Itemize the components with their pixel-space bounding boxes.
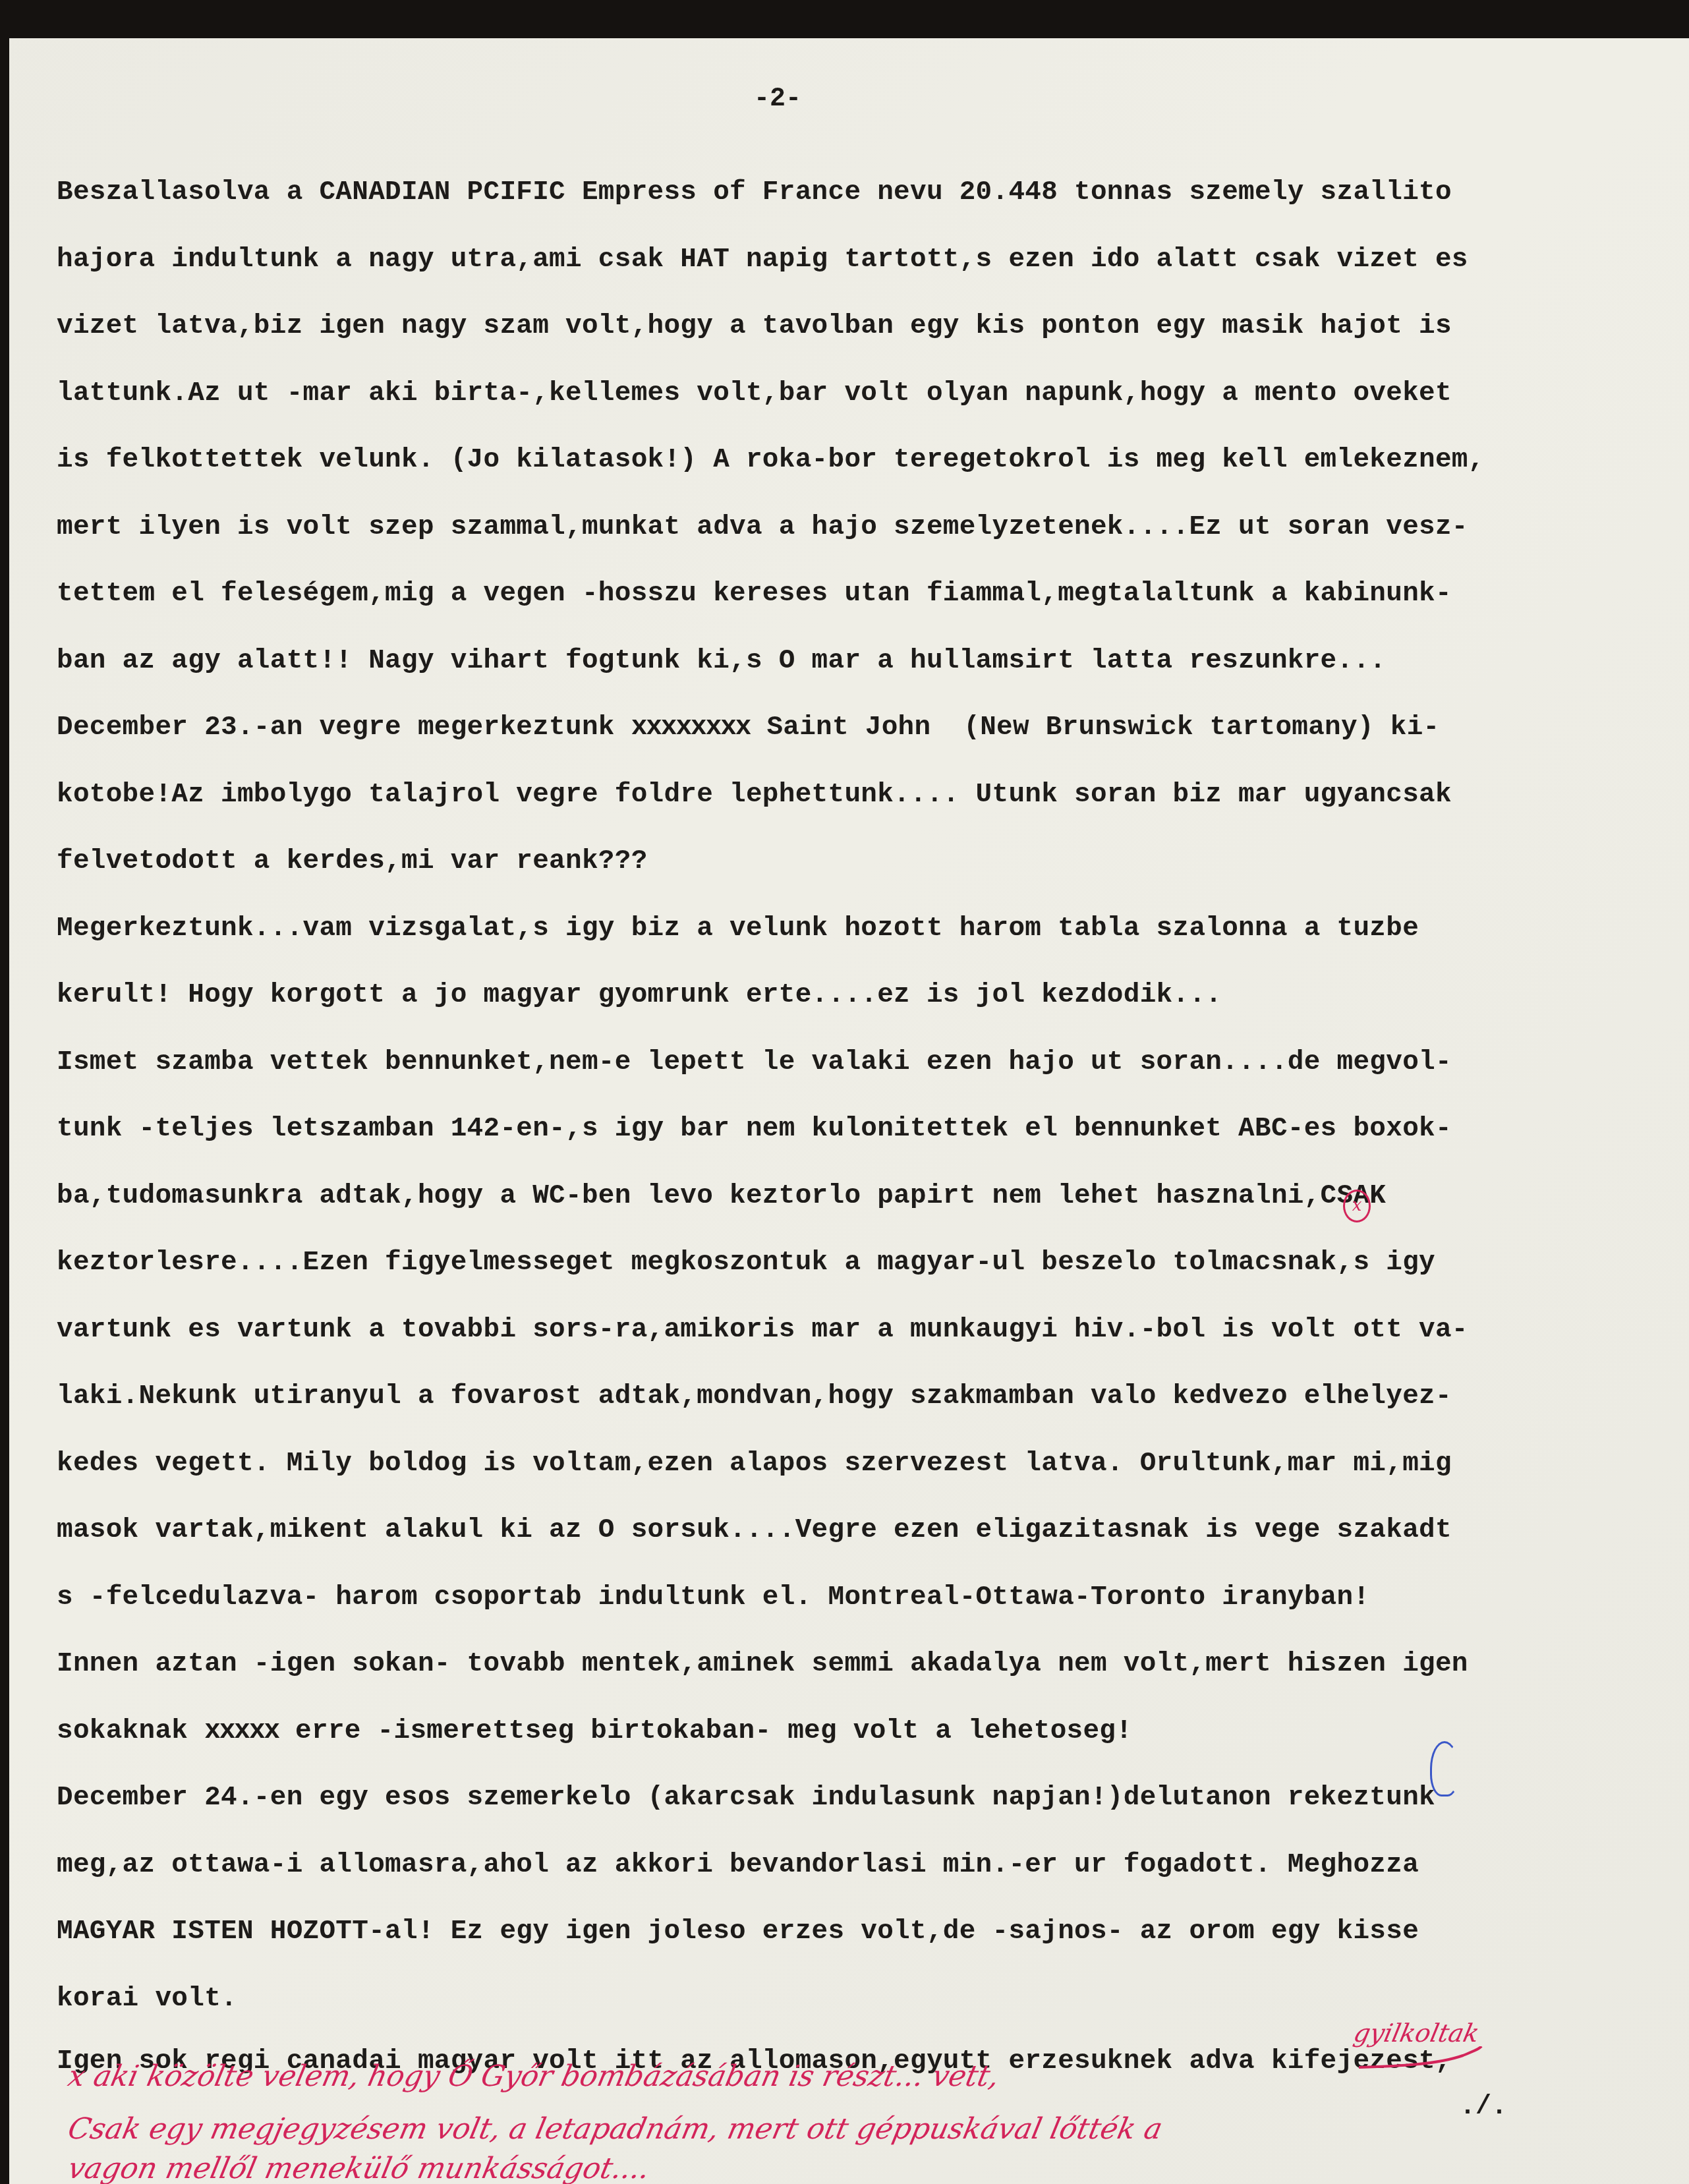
typed-line: ban az agy alatt!! Nagy vihart fogtunk k… [57,641,1638,708]
typed-line: ba,tudomasunkra adtak,hogy a WC-ben levo… [57,1176,1638,1244]
typed-body: Beszallasolva a CANADIAN PCIFIC Empress … [57,173,1638,2108]
typed-line: hajora indultunk a nagy utra,ami csak HA… [57,240,1638,307]
typed-line: Megerkeztunk...vam vizsgalat,s igy biz a… [57,909,1638,976]
handwritten-note-line-2: Csak egy megjegyzésem volt, a letapadnám… [65,2112,1166,2146]
struck-out-text: xxxxx [204,1716,279,1746]
typed-line: December 23.-an vegre megerkeztunk xxxxx… [57,708,1638,775]
typed-line: laki.Nekunk utiranyul a fovarost adtak,m… [57,1377,1638,1444]
typed-line: Beszallasolva a CANADIAN PCIFIC Empress … [57,173,1638,240]
page-number: -2- [754,84,1689,114]
typed-line: is felkottettek velunk. (Jo kilatasok!) … [57,440,1638,507]
handwritten-insertion: gyilkoltak [1351,2019,1481,2048]
typed-line: Ismet szamba vettek bennunket,nem-e lepe… [57,1043,1638,1110]
typed-line: s -felcedulazva- harom csoportab indultu… [57,1578,1638,1645]
insertion-flourish-icon [1358,2046,1483,2073]
typed-line: masok vartak,mikent alakul ki az O sorsu… [57,1510,1638,1578]
typed-line: MAGYAR ISTEN HOZOTT-al! Ez egy igen jole… [57,1912,1638,1979]
typed-line: Innen aztan -igen sokan- tovabb mentek,a… [57,1644,1638,1711]
typed-line: kotobe!Az imbolygo talajrol vegre foldre… [57,775,1638,842]
typed-line: vizet latva,biz igen nagy szam volt,hogy… [57,306,1638,374]
typed-line: mert ilyen is volt szep szammal,munkat a… [57,507,1638,575]
typed-line: vartunk es vartunk a tovabbi sors-ra,ami… [57,1310,1638,1377]
typed-line: meg,az ottawa-i allomasra,ahol az akkori… [57,1845,1638,1912]
handwritten-note-line-1: x aki közölte velem, hogy Ő Győr bombázá… [65,2059,1002,2093]
typed-line: tunk -teljes letszamban 142-en-,s igy ba… [57,1109,1638,1176]
typed-line: kerult! Hogy korgott a jo magyar gyomrun… [57,975,1638,1043]
typed-line: tettem el feleségem,mig a vegen -hosszu … [57,574,1638,641]
typed-line: December 24.-en egy esos szemerkelo (aka… [57,1778,1638,1845]
typed-line: sokaknak xxxxx erre -ismerettseg birtoka… [57,1711,1638,1779]
correction-mark-icon [1430,1741,1459,1796]
struck-out-text: xxxxxxxx [631,712,751,743]
typed-line: keztorlesre....Ezen figyelmesseget megko… [57,1243,1638,1310]
continuation-mark: ./. [1460,2092,1507,2122]
typed-line: kedes vegett. Mily boldog is voltam,ezen… [57,1444,1638,1511]
footnote-marker-icon: x [1343,1190,1371,1222]
typed-line: felvetodott a kerdes,mi var reank??? [57,842,1638,909]
typed-line: lattunk.Az ut -mar aki birta-,kellemes v… [57,374,1638,441]
handwritten-note-line-3: vagon mellől menekülő munkásságot.... [65,2152,653,2184]
